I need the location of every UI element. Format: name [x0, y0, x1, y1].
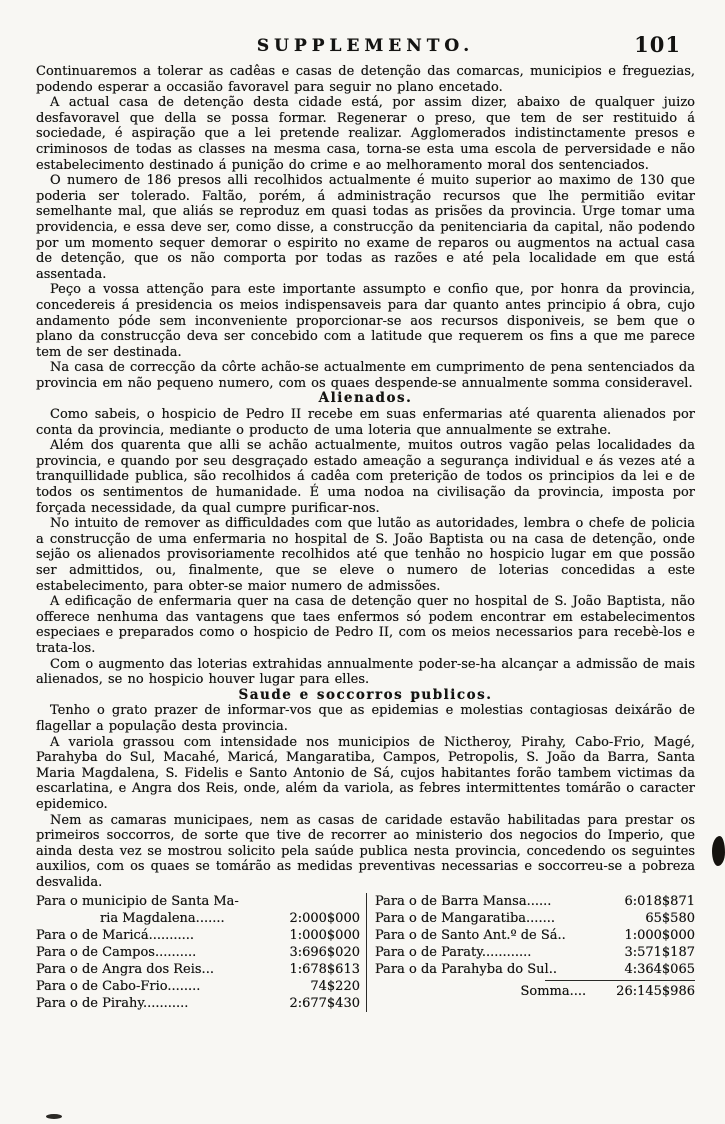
row-value: 3:696$020: [285, 944, 360, 961]
row-value: 74$220: [306, 978, 360, 995]
row-value: 1:678$613: [285, 961, 360, 978]
paragraph-alienados-situation: Além dos quarenta que alli se achão actu…: [36, 438, 695, 516]
paragraph-ministry-aid: Nem as camaras municipaes, nem as casas …: [36, 813, 695, 891]
table-row-santa-maria: Para o municipio de Santa Ma- ria Magdal…: [36, 893, 360, 927]
row-value: 3:571$187: [620, 944, 695, 961]
page-number: 101: [634, 32, 681, 57]
paragraph-epidemics-news: Tenho o grato prazer de informar-vos que…: [36, 703, 695, 734]
table-row-cabo-frio: Para o de Cabo-Frio........ 74$220: [36, 978, 360, 995]
row-value: 4:364$065: [620, 961, 695, 978]
row-label-line2: ria Magdalena.......: [36, 910, 225, 927]
table-row-mangaratiba: Para o de Mangaratiba....... 65$580: [375, 910, 695, 927]
page-header: SUPPLEMENTO. 101: [36, 30, 695, 64]
row-label: Para o de Angra dos Reis...: [36, 961, 214, 978]
payments-table: Para o municipio de Santa Ma- ria Magdal…: [36, 893, 695, 1012]
paragraph-infirmary-comparison: A edificação de enfermaria quer na casa …: [36, 594, 695, 656]
paragraph-variola-municipalities: A variola grassou com intensidade nos mu…: [36, 735, 695, 813]
paragraph-lottery-increase: Com o augmento das loterias extrahidas a…: [36, 657, 695, 688]
row-value: 2:677$430: [285, 995, 360, 1012]
row-label: Para o de Campos..........: [36, 944, 196, 961]
document-body: Continuaremos a tolerar as cadêas e casa…: [36, 64, 695, 890]
row-label: Para o de Mangaratiba.......: [375, 910, 555, 927]
table-row-pirahy: Para o de Pirahy........... 2:677$430: [36, 995, 360, 1012]
table-row-santo-antonio: Para o de Santo Ant.º de Sá.. 1:000$000: [375, 927, 695, 944]
table-row-parahyba-sul: Para o da Parahyba do Sul.. 4:364$065: [375, 961, 695, 978]
row-label: Para o de Cabo-Frio........: [36, 978, 200, 995]
table-row-paraty: Para o de Paraty............ 3:571$187: [375, 944, 695, 961]
sum-rule: [545, 980, 695, 981]
ink-speck: [46, 1114, 62, 1119]
paragraph-prisons-intro: Continuaremos a tolerar as cadêas e casa…: [36, 64, 695, 95]
row-value: 2:000$000: [285, 910, 360, 927]
row-label: Para o de Maricá...........: [36, 927, 194, 944]
document-title: SUPPLEMENTO.: [36, 36, 695, 56]
paragraph-police-chief-proposal: No intuito de remover as difficuldades c…: [36, 516, 695, 594]
paragraph-penitentiary-appeal: Peço a vossa attenção para este importan…: [36, 282, 695, 360]
row-label: Para o de Pirahy...........: [36, 995, 188, 1012]
row-value: 1:000$000: [620, 927, 695, 944]
paragraph-detention-house: A actual casa de detenção desta cidade e…: [36, 95, 695, 173]
table-row-marica: Para o de Maricá........... 1:000$000: [36, 927, 360, 944]
row-value: 1:000$000: [285, 927, 360, 944]
row-label-line1: Para o municipio de Santa Ma-: [36, 893, 360, 910]
row-label: Para o da Parahyba do Sul..: [375, 961, 557, 978]
ink-blot: [712, 836, 725, 866]
paragraph-prisoner-numbers: O numero de 186 presos alli recolhidos a…: [36, 173, 695, 282]
row-label: Para o de Santo Ant.º de Sá..: [375, 927, 566, 944]
row-value: 6:018$871: [620, 893, 695, 910]
table-total-row: Somma.... 26:145$986: [375, 983, 695, 1000]
paragraph-hospicio-pedro: Como sabeis, o hospicio de Pedro II rece…: [36, 407, 695, 438]
scanned-document-page: SUPPLEMENTO. 101 Continuaremos a tolerar…: [0, 0, 725, 1124]
heading-alienados: Alienados.: [36, 391, 695, 407]
table-row-campos: Para o de Campos.......... 3:696$020: [36, 944, 360, 961]
row-label: Para o de Paraty............: [375, 944, 531, 961]
row-label: Para o de Barra Mansa......: [375, 893, 551, 910]
paragraph-correction-house: Na casa de correcção da côrte achão-se a…: [36, 360, 695, 391]
payments-right-column: Para o de Barra Mansa...... 6:018$871 Pa…: [366, 893, 695, 1012]
total-label: Somma....: [521, 983, 613, 1000]
total-value: 26:145$986: [612, 983, 695, 1000]
row-value: 65$580: [641, 910, 695, 927]
payments-left-column: Para o municipio de Santa Ma- ria Magdal…: [36, 893, 366, 1012]
table-row-angra: Para o de Angra dos Reis... 1:678$613: [36, 961, 360, 978]
heading-saude-soccorros: Saude e soccorros publicos.: [36, 688, 695, 704]
table-row-barra-mansa: Para o de Barra Mansa...... 6:018$871: [375, 893, 695, 910]
